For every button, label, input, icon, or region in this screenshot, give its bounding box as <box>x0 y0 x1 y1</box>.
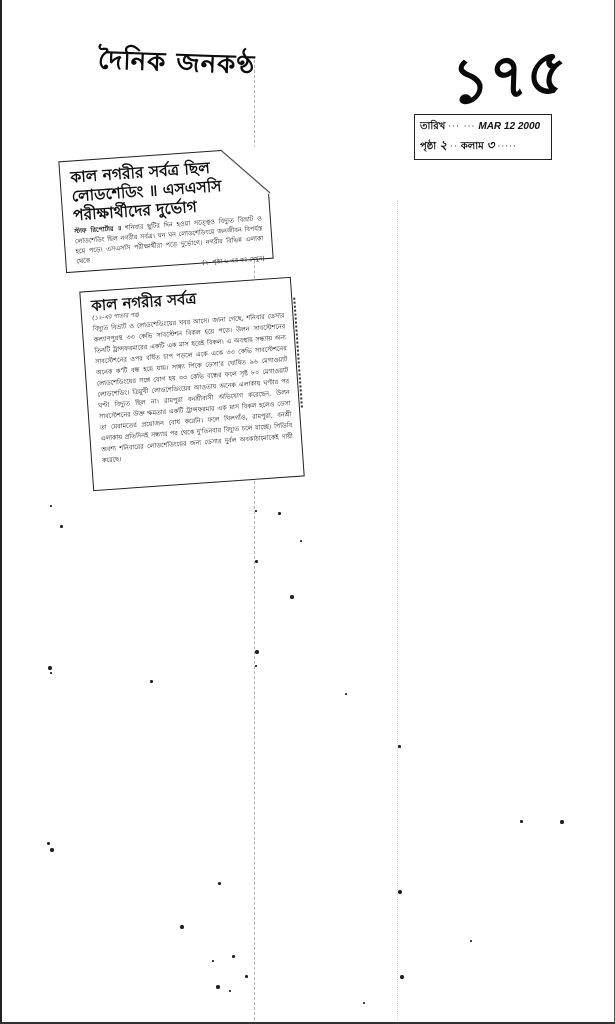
column-label: কলাম <box>461 138 484 156</box>
scan-speck <box>218 882 221 885</box>
scan-speck <box>229 990 231 992</box>
dot-leader: ··· ··· <box>448 118 475 136</box>
news-clipping-front-page: কাল নগরীর সর্বত্র ছিল লোডশেডিং ॥ এসএসসি … <box>58 147 273 273</box>
scan-speck <box>60 525 63 528</box>
scan-speck <box>255 510 257 512</box>
scan-speck <box>180 925 184 929</box>
torn-edge <box>288 298 303 408</box>
scan-speck <box>232 955 235 958</box>
folded-corner <box>221 146 270 197</box>
clipping-body-text: বিদ্যুত বিভ্রাট ও লোডশেডিংয়ের খবর আসে। … <box>93 310 295 466</box>
scan-speck <box>50 848 54 852</box>
scan-speck <box>150 680 153 683</box>
scan-speck <box>363 1002 365 1004</box>
scan-speck <box>48 666 52 670</box>
date-label: তারিখ <box>420 118 445 136</box>
page-value: ২ <box>439 136 447 154</box>
dot-leader: ····· <box>497 138 516 156</box>
date-row: তারিখ ··· ··· MAR 12 2000 <box>420 118 546 136</box>
scan-speck <box>400 975 404 979</box>
page-column-row: পৃষ্ঠা ২ ·· কলাম ৩ ····· <box>420 136 546 156</box>
scan-speck <box>50 505 52 507</box>
scan-speck <box>300 540 302 542</box>
scan-speck <box>470 940 472 942</box>
scan-speck <box>290 595 294 599</box>
dot-leader: ·· <box>450 138 458 156</box>
scan-speck <box>560 820 564 824</box>
scan-speck <box>216 985 220 989</box>
scan-speck <box>255 560 258 563</box>
scan-speck <box>245 975 248 978</box>
scan-speck <box>50 672 52 674</box>
scan-speck <box>520 820 523 823</box>
scan-speck <box>278 512 281 515</box>
news-clipping-continuation: কাল নগরীর সর্বত্র (১২-এর পাতার পর) বিদ্য… <box>79 277 304 491</box>
fold-line-secondary <box>397 200 398 1020</box>
scan-speck <box>398 745 401 748</box>
page-label: পৃষ্ঠা <box>420 138 436 156</box>
newspaper-masthead: দৈনিক জনকণ্ঠ <box>97 39 256 88</box>
scan-speck <box>255 665 257 667</box>
scan-speck <box>345 693 347 695</box>
scan-speck <box>255 650 259 654</box>
date-value: MAR 12 2000 <box>478 118 540 136</box>
scan-speck <box>398 890 402 894</box>
scan-speck <box>47 842 50 845</box>
scan-speck <box>212 960 214 962</box>
date-stamp: তারিখ ··· ··· MAR 12 2000 পৃষ্ঠা ২ ·· কল… <box>414 114 552 160</box>
scanned-page: দৈনিক জনকণ্ঠ ১৭৫ তারিখ ··· ··· MAR 12 20… <box>0 0 615 1024</box>
column-value: ৩ <box>487 136 495 154</box>
scan-left-edge <box>0 0 2 1024</box>
